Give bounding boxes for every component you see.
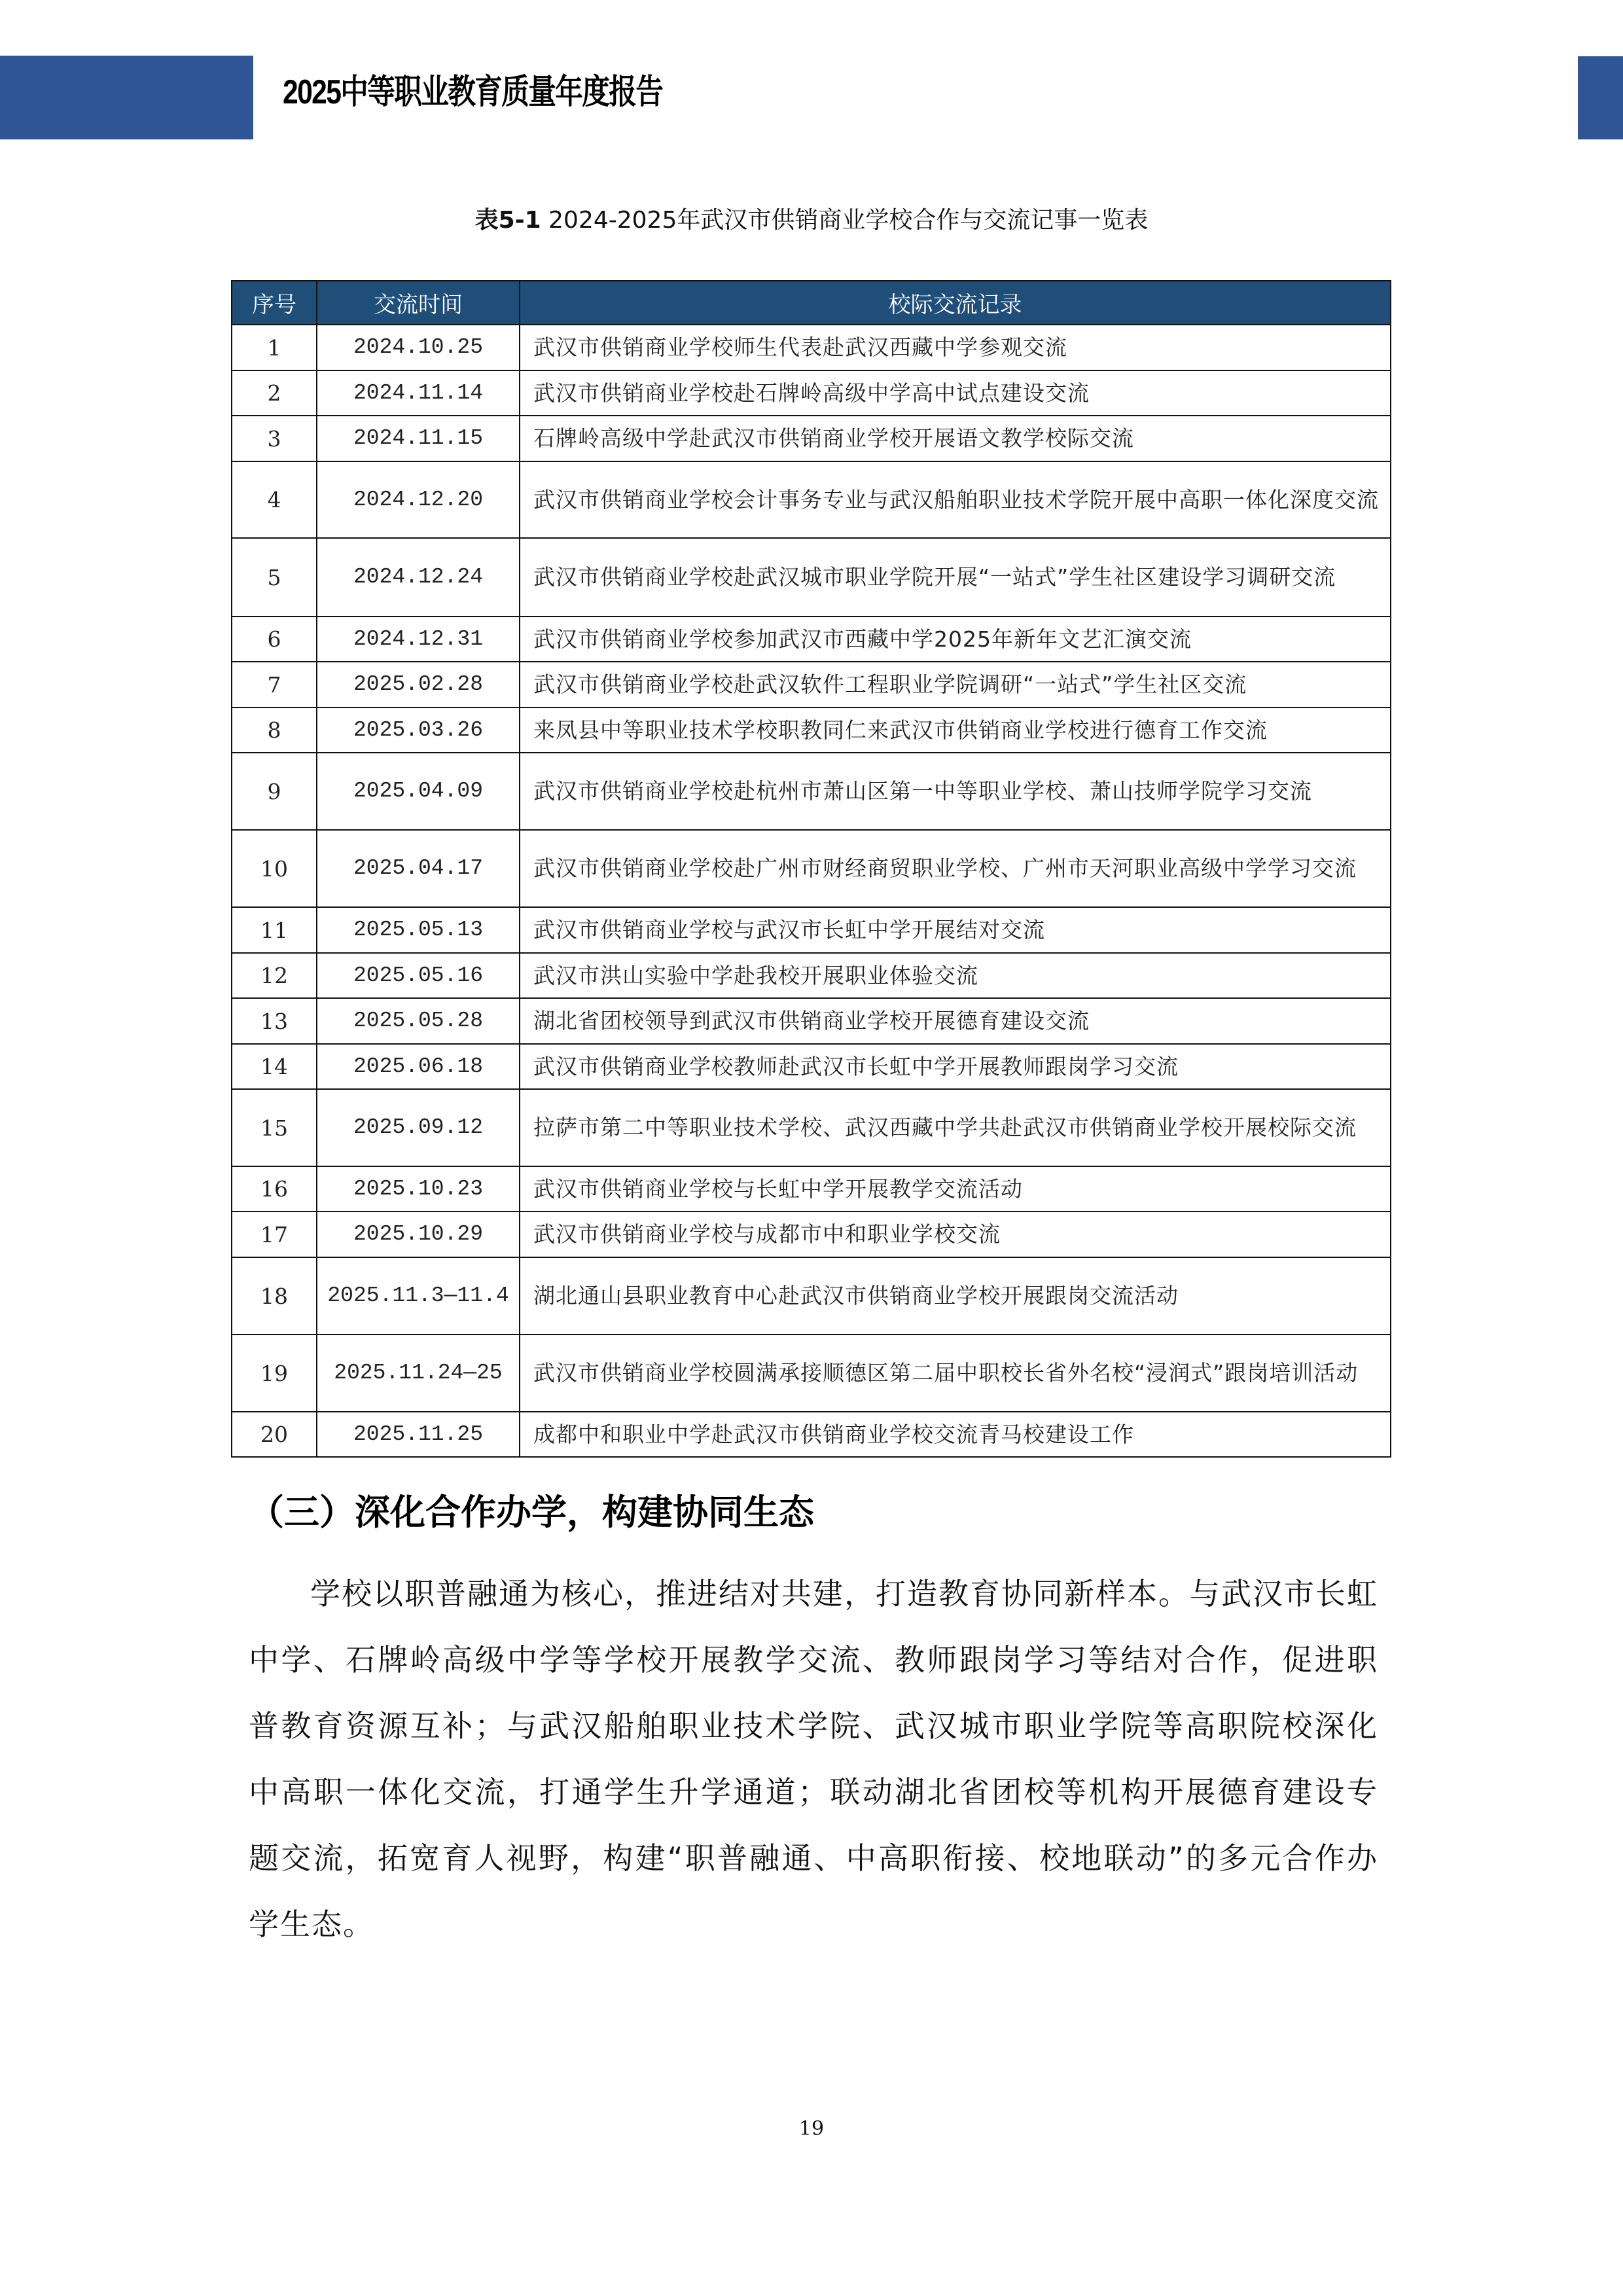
exchange-records-table: 序号 交流时间 校际交流记录 12024.10.25武汉市供销商业学校师生代表赴… [231, 280, 1391, 1458]
row-number-cell: 1 [232, 325, 317, 370]
row-number-cell: 7 [232, 662, 317, 708]
row-number-cell: 12 [232, 953, 317, 998]
exchange-date-cell: 2025.02.28 [317, 662, 520, 708]
header-accent-block-right [1578, 56, 1623, 139]
table-row: 172025.10.29武汉市供销商业学校与成都市中和职业学校交流 [232, 1211, 1391, 1257]
exchange-date-cell: 2024.12.31 [317, 617, 520, 662]
row-number-cell: 19 [232, 1335, 317, 1412]
exchange-record-cell: 武汉市供销商业学校赴武汉软件工程职业学院调研“一站式”学生社区交流 [520, 662, 1391, 708]
exchange-record-cell: 武汉市供销商业学校与长虹中学开展教学交流活动 [520, 1166, 1391, 1211]
table-row: 152025.09.12拉萨市第二中等职业技术学校、武汉西藏中学共赴武汉市供销商… [232, 1089, 1391, 1166]
table-body: 12024.10.25武汉市供销商业学校师生代表赴武汉西藏中学参观交流22024… [232, 325, 1391, 1457]
table-row: 112025.05.13武汉市供销商业学校与武汉市长虹中学开展结对交流 [232, 907, 1391, 953]
table-row: 62024.12.31武汉市供销商业学校参加武汉市西藏中学2025年新年文艺汇演… [232, 617, 1391, 662]
row-number-cell: 20 [232, 1412, 317, 1457]
exchange-record-cell: 武汉市供销商业学校赴杭州市萧山区第一中等职业学校、萧山技师学院学习交流 [520, 753, 1391, 830]
table-row: 162025.10.23武汉市供销商业学校与长虹中学开展教学交流活动 [232, 1166, 1391, 1211]
exchange-record-cell: 拉萨市第二中等职业技术学校、武汉西藏中学共赴武汉市供销商业学校开展校际交流 [520, 1089, 1391, 1166]
table-caption-text: 2024-2025年武汉市供销商业学校合作与交流记事一览表 [541, 207, 1149, 234]
exchange-record-cell: 来凤县中等职业技术学校职教同仁来武汉市供销商业学校进行德育工作交流 [520, 708, 1391, 753]
exchange-date-cell: 2024.12.20 [317, 461, 520, 538]
row-number-cell: 4 [232, 461, 317, 538]
exchange-record-cell: 湖北省团校领导到武汉市供销商业学校开展德育建设交流 [520, 998, 1391, 1044]
row-number-cell: 15 [232, 1089, 317, 1166]
column-header-number: 序号 [232, 281, 317, 325]
row-number-cell: 6 [232, 617, 317, 662]
table-row: 42024.12.20武汉市供销商业学校会计事务专业与武汉船舶职业技术学院开展中… [232, 461, 1391, 538]
column-header-record: 校际交流记录 [520, 281, 1391, 325]
exchange-record-cell: 湖北通山县职业教育中心赴武汉市供销商业学校开展跟岗交流活动 [520, 1257, 1391, 1335]
row-number-cell: 5 [232, 538, 317, 617]
row-number-cell: 14 [232, 1044, 317, 1089]
exchange-date-cell: 2024.12.24 [317, 538, 520, 617]
table-row: 132025.05.28湖北省团校领导到武汉市供销商业学校开展德育建设交流 [232, 998, 1391, 1044]
table-row: 72025.02.28武汉市供销商业学校赴武汉软件工程职业学院调研“一站式”学生… [232, 662, 1391, 708]
exchange-record-cell: 武汉市供销商业学校圆满承接顺德区第二届中职校长省外名校“浸润式”跟岗培训活动 [520, 1335, 1391, 1412]
table-row: 122025.05.16武汉市洪山实验中学赴我校开展职业体验交流 [232, 953, 1391, 998]
exchange-date-cell: 2025.05.13 [317, 907, 520, 953]
row-number-cell: 2 [232, 370, 317, 416]
exchange-record-cell: 武汉市供销商业学校赴石牌岭高级中学高中试点建设交流 [520, 370, 1391, 416]
exchange-record-cell: 成都中和职业中学赴武汉市供销商业学校交流青马校建设工作 [520, 1412, 1391, 1457]
report-title: 2025中等职业教育质量年度报告 [283, 64, 662, 113]
table-row: 82025.03.26来凤县中等职业技术学校职教同仁来武汉市供销商业学校进行德育… [232, 708, 1391, 753]
table-row: 32024.11.15石牌岭高级中学赴武汉市供销商业学校开展语文教学校际交流 [232, 416, 1391, 461]
row-number-cell: 17 [232, 1211, 317, 1257]
exchange-record-cell: 武汉市供销商业学校师生代表赴武汉西藏中学参观交流 [520, 325, 1391, 370]
exchange-record-cell: 武汉市供销商业学校会计事务专业与武汉船舶职业技术学院开展中高职一体化深度交流 [520, 461, 1391, 538]
exchange-date-cell: 2025.04.09 [317, 753, 520, 830]
table-row: 192025.11.24—25武汉市供销商业学校圆满承接顺德区第二届中职校长省外… [232, 1335, 1391, 1412]
table-row: 142025.06.18武汉市供销商业学校教师赴武汉市长虹中学开展教师跟岗学习交… [232, 1044, 1391, 1089]
table-row: 52024.12.24武汉市供销商业学校赴武汉城市职业学院开展“一站式”学生社区… [232, 538, 1391, 617]
row-number-cell: 13 [232, 998, 317, 1044]
exchange-record-cell: 武汉市供销商业学校赴武汉城市职业学院开展“一站式”学生社区建设学习调研交流 [520, 538, 1391, 617]
exchange-record-cell: 武汉市供销商业学校赴广州市财经商贸职业学校、广州市天河职业高级中学学习交流 [520, 830, 1391, 907]
row-number-cell: 9 [232, 753, 317, 830]
page-number: 19 [0, 2117, 1623, 2140]
exchange-date-cell: 2025.05.16 [317, 953, 520, 998]
row-number-cell: 10 [232, 830, 317, 907]
section-heading: （三）深化合作办学，构建协同生态 [249, 1484, 814, 1535]
exchange-record-cell: 武汉市供销商业学校教师赴武汉市长虹中学开展教师跟岗学习交流 [520, 1044, 1391, 1089]
exchange-date-cell: 2024.11.15 [317, 416, 520, 461]
row-number-cell: 8 [232, 708, 317, 753]
table-caption-number: 表5-1 [475, 207, 541, 234]
exchange-date-cell: 2024.11.14 [317, 370, 520, 416]
exchange-date-cell: 2025.09.12 [317, 1089, 520, 1166]
exchange-date-cell: 2025.03.26 [317, 708, 520, 753]
column-header-date: 交流时间 [317, 281, 520, 325]
exchange-date-cell: 2025.10.29 [317, 1211, 520, 1257]
body-paragraph: 学校以职普融通为核心，推进结对共建，打造教育协同新样本。与武汉市长虹中学、石牌岭… [249, 1561, 1378, 1958]
exchange-date-cell: 2025.11.3—11.4 [317, 1257, 520, 1335]
exchange-date-cell: 2025.11.25 [317, 1412, 520, 1457]
exchange-date-cell: 2025.06.18 [317, 1044, 520, 1089]
table-row: 22024.11.14武汉市供销商业学校赴石牌岭高级中学高中试点建设交流 [232, 370, 1391, 416]
table-row: 182025.11.3—11.4湖北通山县职业教育中心赴武汉市供销商业学校开展跟… [232, 1257, 1391, 1335]
row-number-cell: 16 [232, 1166, 317, 1211]
header-accent-block-left [0, 56, 253, 139]
table-header-row: 序号 交流时间 校际交流记录 [232, 281, 1391, 325]
row-number-cell: 11 [232, 907, 317, 953]
exchange-record-cell: 武汉市供销商业学校与成都市中和职业学校交流 [520, 1211, 1391, 1257]
exchange-record-cell: 武汉市供销商业学校与武汉市长虹中学开展结对交流 [520, 907, 1391, 953]
exchange-date-cell: 2025.11.24—25 [317, 1335, 520, 1412]
row-number-cell: 3 [232, 416, 317, 461]
exchange-date-cell: 2025.04.17 [317, 830, 520, 907]
table-row: 12024.10.25武汉市供销商业学校师生代表赴武汉西藏中学参观交流 [232, 325, 1391, 370]
table-row: 102025.04.17武汉市供销商业学校赴广州市财经商贸职业学校、广州市天河职… [232, 830, 1391, 907]
exchange-record-cell: 武汉市供销商业学校参加武汉市西藏中学2025年新年文艺汇演交流 [520, 617, 1391, 662]
table-row: 202025.11.25成都中和职业中学赴武汉市供销商业学校交流青马校建设工作 [232, 1412, 1391, 1457]
exchange-date-cell: 2024.10.25 [317, 325, 520, 370]
exchange-date-cell: 2025.10.23 [317, 1166, 520, 1211]
table-row: 92025.04.09武汉市供销商业学校赴杭州市萧山区第一中等职业学校、萧山技师… [232, 753, 1391, 830]
exchange-record-cell: 石牌岭高级中学赴武汉市供销商业学校开展语文教学校际交流 [520, 416, 1391, 461]
row-number-cell: 18 [232, 1257, 317, 1335]
exchange-record-cell: 武汉市洪山实验中学赴我校开展职业体验交流 [520, 953, 1391, 998]
table-caption: 表5-1 2024-2025年武汉市供销商业学校合作与交流记事一览表 [0, 202, 1623, 235]
exchange-date-cell: 2025.05.28 [317, 998, 520, 1044]
